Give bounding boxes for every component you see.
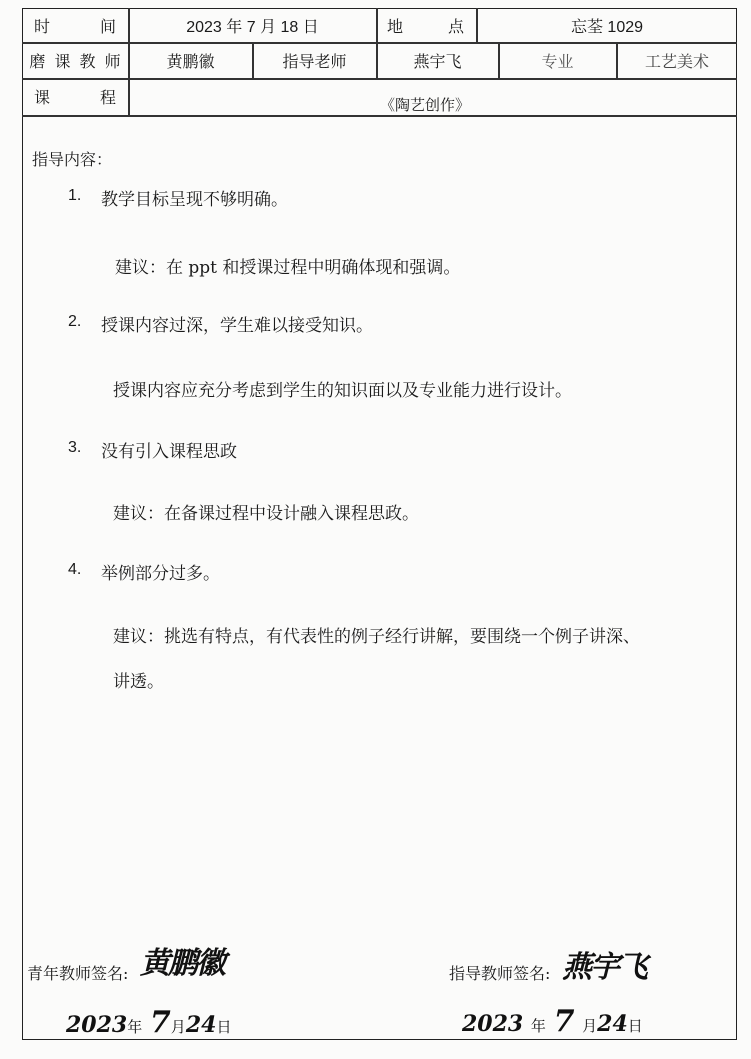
trainee-date-year: 2023 — [66, 1012, 127, 1038]
item-suggestion: 建议：挑选有特点，有代表性的例子经行讲解，要围绕一个例子讲深、 — [113, 622, 640, 647]
course-label: 课 程 — [24, 78, 128, 115]
day-unit: 日 — [628, 1017, 643, 1035]
item-number: 4. — [68, 561, 81, 579]
item-suggestion: 建议：在备课过程中设计融入课程思政。 — [113, 499, 419, 524]
place-label: 地 点 — [377, 8, 476, 42]
item-issue: 授课内容过深，学生难以接受知识。 — [101, 311, 373, 336]
major-value: 工艺美术 — [617, 42, 737, 78]
year-unit: 年 — [531, 1017, 546, 1035]
mentor-date-year: 2023 — [462, 1011, 523, 1037]
place-label-b: 点 — [448, 14, 464, 37]
course-value: 《陶艺创作》 — [380, 86, 470, 123]
item-number: 2. — [68, 313, 81, 331]
trainee-date: 2023年 7月24日 — [66, 1005, 231, 1040]
mentor-value: 燕宇飞 — [377, 42, 498, 78]
mentor-signature-label: 指导教师签名: — [449, 961, 550, 984]
form-frame — [22, 8, 737, 1040]
item-suggestion: 授课内容应充分考虑到学生的知识面以及专业能力进行设计。 — [113, 376, 572, 401]
trainee-label: 磨 课 教 师 — [24, 42, 128, 78]
trainee-date-month: 7 — [150, 1005, 171, 1040]
place-label-a: 地 — [387, 14, 403, 37]
place-value: 忘荃 1029 — [477, 8, 737, 42]
year-unit: 年 — [127, 1018, 142, 1036]
course-label-a: 课 — [34, 85, 50, 108]
month-unit: 月 — [171, 1018, 186, 1036]
course-label-b: 程 — [100, 85, 116, 108]
month-unit: 月 — [582, 1017, 597, 1035]
item-suggestion: 建议：在 ppt 和授课过程中明确体现和强调。 — [115, 253, 460, 278]
trainee-value: 黄鹏徽 — [129, 42, 252, 78]
mentor-label: 指导老师 — [253, 42, 376, 78]
day-unit: 日 — [216, 1018, 231, 1036]
item-number: 1. — [68, 187, 81, 205]
mentor-date-month: 7 — [554, 1004, 575, 1039]
item-suggestion-cont: 讲透。 — [113, 667, 164, 692]
time-value: 2023 年 7 月 18 日 — [129, 8, 376, 42]
item-number: 3. — [68, 439, 81, 457]
guidance-title: 指导内容： — [32, 147, 112, 170]
major-label: 专业 — [499, 42, 616, 78]
time-label-b: 间 — [100, 14, 116, 37]
trainee-signature: 黄鹏徽 — [140, 938, 224, 982]
mentor-date-day: 24 — [597, 1011, 628, 1037]
time-label-a: 时 — [34, 14, 50, 37]
time-label: 时 间 — [24, 8, 128, 42]
mentor-date: 2023 年 7 月24日 — [462, 1004, 643, 1039]
trainee-signature-label: 青年教师签名: — [27, 961, 128, 984]
item-issue: 举例部分过多。 — [101, 559, 220, 584]
item-issue: 教学目标呈现不够明确。 — [101, 185, 288, 210]
trainee-date-day: 24 — [186, 1012, 217, 1038]
mentor-signature: 燕宇飞 — [562, 942, 646, 986]
item-issue: 没有引入课程思政 — [101, 437, 237, 462]
document-page: 时 间 2023 年 7 月 18 日 地 点 忘荃 1029 磨 课 教 师 … — [0, 0, 751, 1059]
